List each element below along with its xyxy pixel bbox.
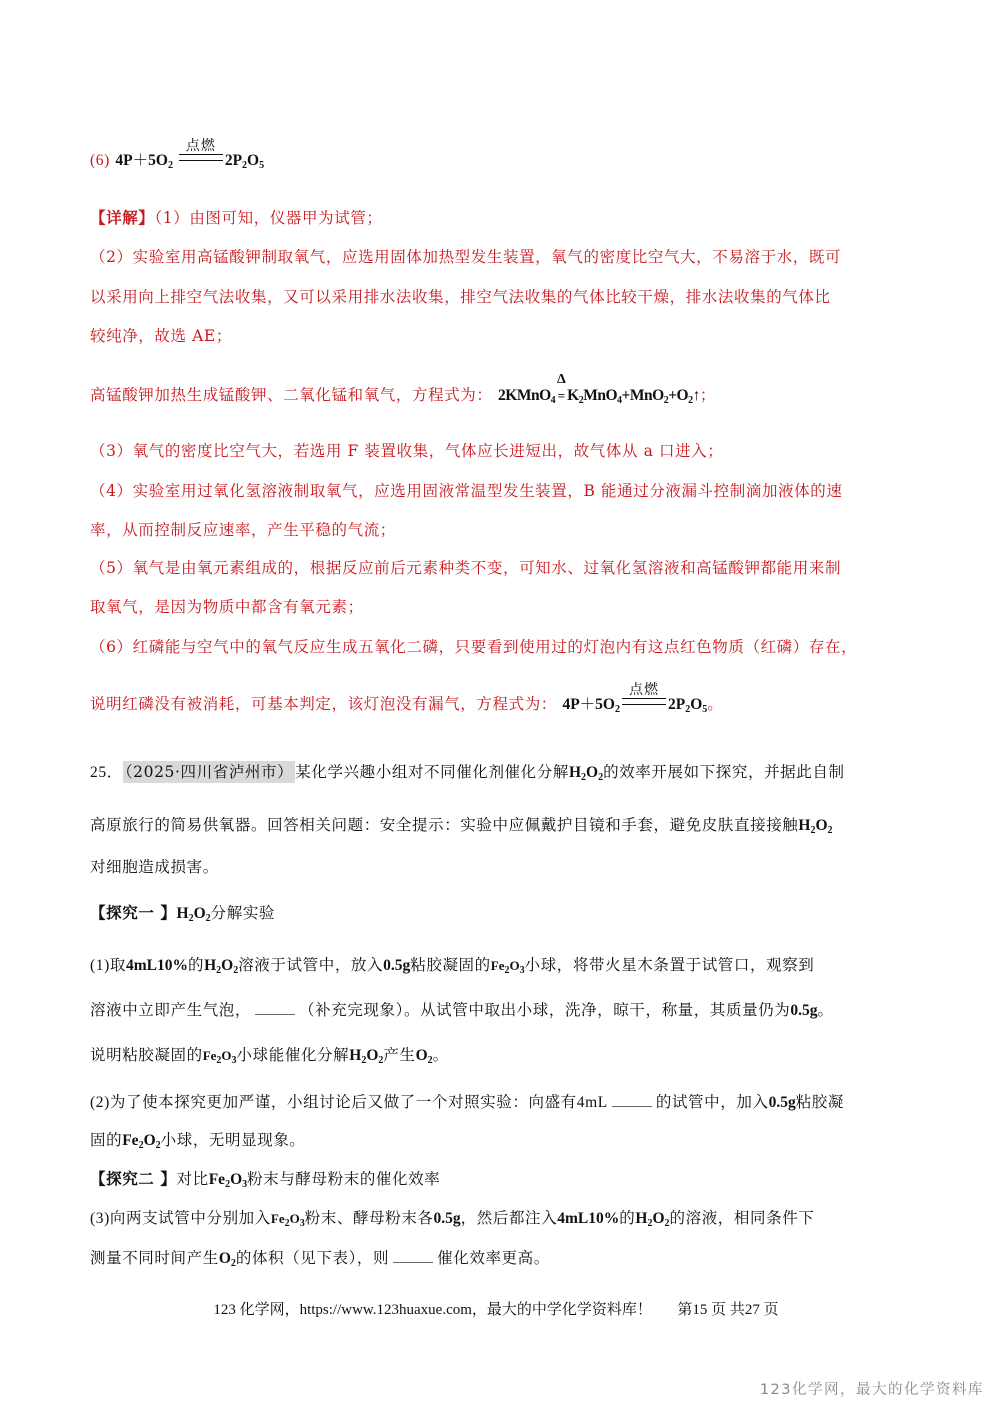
answer-blank-2[interactable]: [612, 1092, 652, 1107]
q3-line1: (3)向两支试管中分别加入Fe2O3粉末、酵母粉末各0.5g，然后都注入4mL1…: [90, 1208, 906, 1234]
q25-line2: 高原旅行的简易供氧器。回答相关问题：安全提示：实验中应佩戴护目镜和手套，避免皮肤…: [90, 815, 906, 841]
explanation-p5-line2: 取氧气，是因为物质中都含有氧元素；: [90, 597, 906, 617]
reaction-condition: 点燃: [179, 158, 223, 165]
q3-line2: 测量不同时间产生O2的体积（见下表），则催化效率更高。: [90, 1248, 906, 1274]
p4o10-equation-2: 4P＋5O2点燃2P2O5: [562, 696, 707, 713]
q2-line2: 固的Fe2O2小球，无明显现象。: [90, 1130, 906, 1156]
explanation-p2-line3: 较纯净，故选 AE；: [90, 326, 906, 346]
answer-6-line: (6) 4P＋5O2 点燃2P2O5: [90, 150, 906, 176]
explanation-p3: （3）氧气的密度比空气大，若选用 F 装置收集，气体应长进短出，故气体从 a 口…: [90, 441, 906, 461]
section2-header: 【探究二 】对比Fe2O3粉末与酵母粉末的催化效率: [90, 1169, 906, 1195]
answer-blank-3[interactable]: [393, 1248, 433, 1263]
q1-line1: (1)取4mL10%的H2O2溶液于试管中，放入0.5g粘胶凝固的Fe2O3小球…: [90, 955, 906, 981]
explanation-p5-line1: （5）氧气是由氧元素组成的，根据反应前后元素种类不变，可知水、过氧化氢溶液和高锰…: [90, 558, 906, 578]
q1-line3: 说明粘胶凝固的Fe2O3小球能催化分解H2O2产生O2。: [90, 1045, 906, 1071]
q25-line3: 对细胞造成损害。: [90, 857, 906, 877]
explanation-p2-line1: （2）实验室用高锰酸钾制取氧气，应选用固体加热型发生装置，氧气的密度比空气大，不…: [90, 247, 906, 267]
q25-line1: 25．（2025·四川省泸州市）某化学兴趣小组对不同催化剂催化分解H2O2的效率…: [90, 762, 906, 788]
q1-line2: 溶液中立即产生气泡，（补充完现象）。从试管中取出小球，洗净，晾干，称量，其质量仍…: [90, 1000, 906, 1021]
explanation-p2-line4: 高锰酸钾加热生成锰酸钾、二氧化锰和氧气，方程式为： 2KMnO4Δ=K2MnO4…: [90, 385, 906, 411]
answer-blank-1[interactable]: [255, 1000, 295, 1015]
page-number: 第15 页 共27 页: [677, 1302, 778, 1318]
explanation-p6-line1: （6）红磷能与空气中的氧气反应生成五氧化二磷，只要看到使用过的灯泡内有这点红色物…: [90, 637, 906, 657]
gas-arrow-up-icon: ↑: [693, 387, 700, 404]
kmno4-equation: 2KMnO4Δ=K2MnO4+MnO2+O2↑: [498, 387, 700, 404]
explanation-p1: 【详解】（1）由图可知，仪器甲为试管；: [90, 208, 906, 228]
q2-line1: (2)为了使本探究更加严谨，小组讨论后又做了一个对照实验：向盛有4mL的试管中，…: [90, 1092, 906, 1113]
p4o10-equation: 4P＋5O2 点燃2P2O5: [115, 152, 264, 169]
explanation-header: 【详解】: [90, 208, 154, 227]
footer-site-text: 123 化学网，https://www.123huaxue.com，最大的中学化…: [213, 1302, 652, 1318]
answer-6-label: (6): [90, 152, 110, 169]
section1-header: 【探究一 】H2O2分解实验: [90, 903, 906, 929]
explanation-p6-line2: 说明红磷没有被消耗，可基本判定，该灯泡没有漏气，方程式为： 4P＋5O2点燃2P…: [90, 694, 906, 720]
source-tag: （2025·四川省泸州市）: [123, 761, 295, 783]
explanation-p4-line1: （4）实验室用过氧化氢溶液制取氧气，应选用固液常温型发生装置，B 能通过分液漏斗…: [90, 481, 906, 501]
question-number: 25．: [90, 764, 123, 781]
explanation-p4-line2: 率，从而控制反应速率，产生平稳的气流；: [90, 520, 906, 540]
watermark: 123化学网，最大的化学资料库: [760, 1378, 984, 1399]
explanation-p2-line2: 以采用向上排空气法收集，又可以采用排水法收集，排空气法收集的气体比较干燥，排水法…: [90, 287, 906, 307]
page-footer: 123 化学网，https://www.123huaxue.com，最大的中学化…: [0, 1298, 992, 1319]
